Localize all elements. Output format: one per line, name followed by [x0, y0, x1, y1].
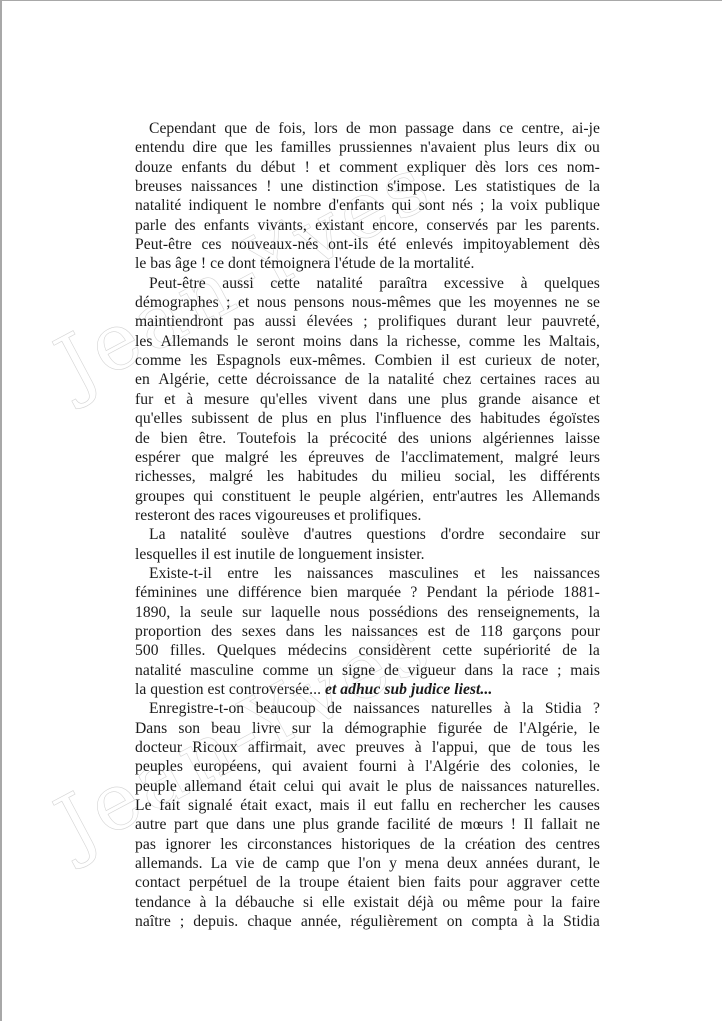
text-line: qu'ellessubissentdeplusenplusl'influence… — [135, 409, 600, 428]
text-line: commelesEspagnolseux-mêmes.Combienilestc… — [135, 351, 600, 370]
text-line: parledesenfantsvivants,existantencore,co… — [135, 216, 600, 235]
text-line: Peut-êtrecesnouveaux-nésont-ilsétéenlevé… — [135, 235, 600, 254]
text-line: resteront des races vigoureuses et proli… — [135, 506, 600, 525]
text-line: peupleseuropéens,quiavaientfourniàl'Algé… — [135, 757, 600, 776]
text-line: entendudirequelesfamillesprussiennesn'av… — [135, 138, 600, 157]
text-line: Lanatalitésoulèved'autresquestionsd'ordr… — [135, 525, 600, 544]
text-line: la question est controversée... et adhuc… — [135, 680, 600, 699]
document-page: Jean-Yves Jean-Yves Cependantquedefois,l… — [0, 0, 722, 1021]
text-line: 1890,laseulesurlaquellenouspossédionsdes… — [135, 603, 600, 622]
text-line: 500filles.Quelquesmédecinsconsidèrentcet… — [135, 641, 600, 660]
text-line: maintiendrontpasaussiélevées;prolifiques… — [135, 312, 600, 331]
text-line: naître;depuis.chaqueannée,régulièremento… — [135, 912, 600, 931]
text-line: Cependantquedefois,lorsdemonpassagedansc… — [135, 119, 600, 138]
text-line: breusesnaissances!unedistinctions'impose… — [135, 177, 600, 196]
text-line: démographes;etnouspensonsnous-mêmesquele… — [135, 293, 600, 312]
text-plain: la question est controversée... — [135, 681, 325, 698]
text-line: le bas âge ! ce dont témoignera l'étude … — [135, 254, 600, 273]
text-line: allemands.Laviedecampquel'onymenadeuxann… — [135, 854, 600, 873]
text-line: Danssonbeaulivresurladémographiefiguréed… — [135, 719, 600, 738]
text-line: groupesquiconstituentlepeuplealgérien,en… — [135, 487, 600, 506]
text-line: natalitéindiquentlenombred'enfantsquison… — [135, 196, 600, 215]
text-line: douzeenfantsdudébut!etcommentexpliquerdè… — [135, 158, 600, 177]
text-line: lesAllemandsleserontmoinsdanslarichesse,… — [135, 332, 600, 351]
text-line: debienêtre.Toutefoislaprécocitédesunions… — [135, 429, 600, 448]
text-line: furetàmesurequ'ellesviventdansuneplusgra… — [135, 390, 600, 409]
text-line: Peut-êtreaussicettenatalitéparaîtraexces… — [135, 274, 600, 293]
text-line: pasignorerlescirconstanceshistoriquesdel… — [135, 835, 600, 854]
text-line: fémininesunedifférencebienmarquée?Pendan… — [135, 583, 600, 602]
text-line: proportiondessexesdanslesnaissancesestde… — [135, 622, 600, 641]
text-line: peupleallemandétaitceluiquiavaitleplusde… — [135, 777, 600, 796]
text-line: Lefaitsignaléétaitexact,maisileutfalluen… — [135, 796, 600, 815]
paragraph-4: Existe-t-ilentrelesnaissancesmasculinese… — [135, 564, 600, 699]
text-line: Existe-t-ilentrelesnaissancesmasculinese… — [135, 564, 600, 583]
text-line: contactperpétueldelatroupeétaientbienfai… — [135, 873, 600, 892]
text-line: Enregistre-t-onbeaucoupdenaissancesnatur… — [135, 699, 600, 718]
text-line: espérerquemalgrélesépreuvesdel'acclimate… — [135, 448, 600, 467]
text-line: lesquelles il est inutile de longuement … — [135, 545, 600, 564]
text-line: enAlgérie,cettedécroissancedelanatalitéc… — [135, 370, 600, 389]
text-line: docteurRicouxaffirmait,avecpreuvesàl'app… — [135, 738, 600, 757]
paragraph-1: Cependantquedefois,lorsdemonpassagedansc… — [135, 119, 600, 274]
body-text: Cependantquedefois,lorsdemonpassagedansc… — [135, 119, 600, 931]
text-line: autrepartquedansuneplusgrandefacilitédem… — [135, 815, 600, 834]
paragraph-3: Lanatalitésoulèved'autresquestionsd'ordr… — [135, 525, 600, 564]
paragraph-2: Peut-êtreaussicettenatalitéparaîtraexces… — [135, 274, 600, 525]
text-line: natalitémasculinecommeunsignedevigueurda… — [135, 661, 600, 680]
text-line: richesses,malgréleshabitudesdumilieusoci… — [135, 467, 600, 486]
text-line: tendanceàladébauchesielleexistaitdéjàoum… — [135, 893, 600, 912]
paragraph-5: Enregistre-t-onbeaucoupdenaissancesnatur… — [135, 699, 600, 931]
latin-quote: et adhuc sub judice liest... — [325, 681, 492, 698]
